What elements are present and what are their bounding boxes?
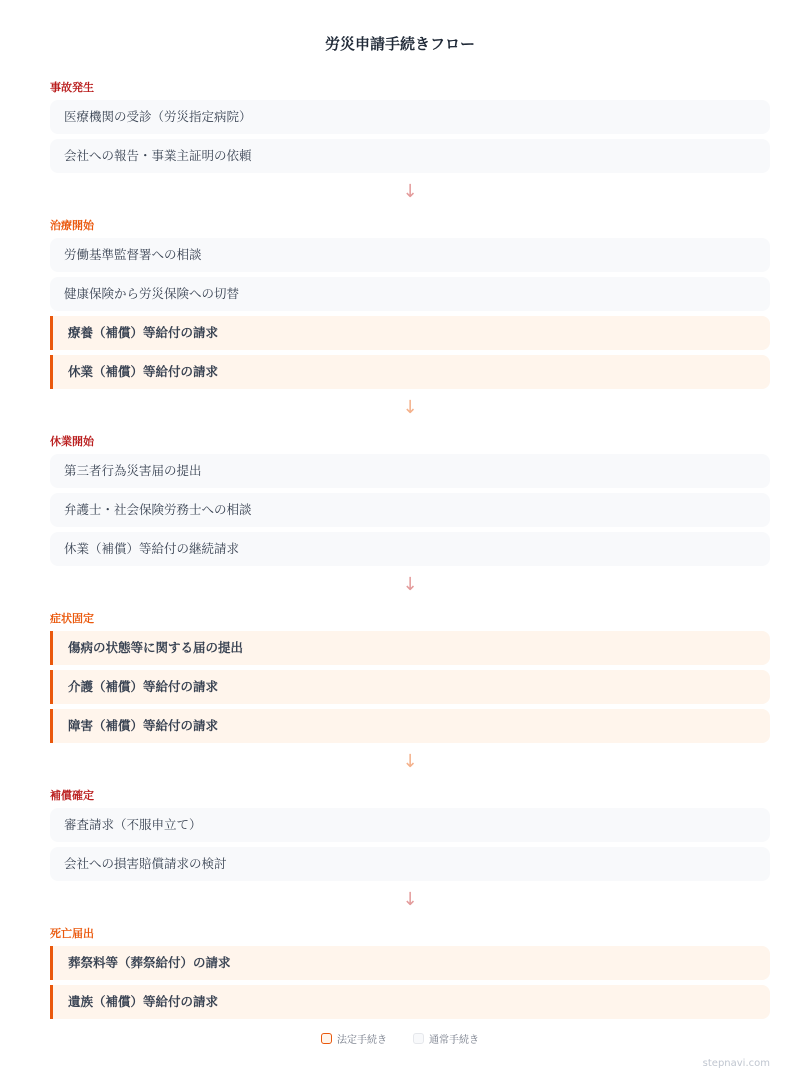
arrow-down-icon: ↓ [50,571,770,611]
step-item: 労働基準監督署への相談 [50,238,770,272]
flow-diagram: 事故発生医療機関の受診（労災指定病院）会社への報告・事業主証明の依頼↓治療開始労… [50,80,770,1024]
legend-item-normal: 通常手続き [413,1031,479,1046]
arrow-down-icon: ↓ [50,394,770,434]
step-item: 審査請求（不服申立て） [50,808,770,842]
legend-label-legal: 法定手続き [337,1031,387,1046]
legal-step-item: 休業（補償）等給付の請求 [50,355,770,389]
legal-step-item: 介護（補償）等給付の請求 [50,670,770,704]
section-label: 事故発生 [50,80,770,100]
watermark: stepnavi.com [703,1058,770,1069]
legal-step-item: 障害（補償）等給付の請求 [50,709,770,743]
step-item: 第三者行為災害届の提出 [50,454,770,488]
step-item: 医療機関の受診（労災指定病院） [50,100,770,134]
legal-swatch-icon [321,1033,332,1044]
section-label: 補償確定 [50,788,770,808]
section-label: 死亡届出 [50,926,770,946]
section-label: 治療開始 [50,218,770,238]
legal-step-item: 療養（補償）等給付の請求 [50,316,770,350]
legend-item-legal: 法定手続き [321,1031,387,1046]
arrow-down-icon: ↓ [50,886,770,926]
arrow-down-icon: ↓ [50,748,770,788]
section-label: 休業開始 [50,434,770,454]
section-label: 症状固定 [50,611,770,631]
step-item: 会社への損害賠償請求の検討 [50,847,770,881]
legal-step-item: 遺族（補償）等給付の請求 [50,985,770,1019]
step-item: 会社への報告・事業主証明の依頼 [50,139,770,173]
arrow-down-icon: ↓ [50,178,770,218]
normal-swatch-icon [413,1033,424,1044]
legend: 法定手続き 通常手続き [0,1031,800,1046]
page-title: 労災申請手続きフロー [0,33,800,54]
legend-label-normal: 通常手続き [429,1031,479,1046]
legal-step-item: 傷病の状態等に関する届の提出 [50,631,770,665]
step-item: 弁護士・社会保険労務士への相談 [50,493,770,527]
step-item: 休業（補償）等給付の継続請求 [50,532,770,566]
step-item: 健康保険から労災保険への切替 [50,277,770,311]
legal-step-item: 葬祭料等（葬祭給付）の請求 [50,946,770,980]
